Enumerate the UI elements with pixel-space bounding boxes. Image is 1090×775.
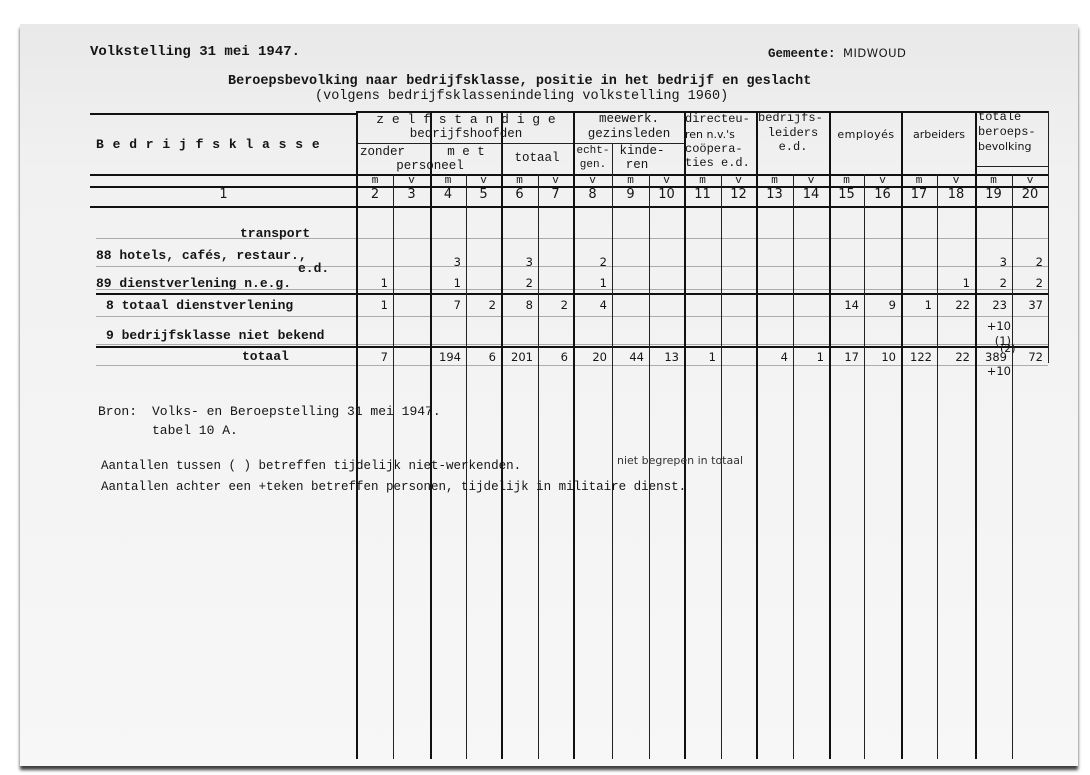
row-label-88-cont: e.d. [298,261,329,276]
row-guide-line [96,316,1048,317]
table-cell: 2 [1012,255,1043,269]
sex-label: m [756,175,793,187]
sex-label: v [573,175,612,187]
sex-label: v [649,175,684,187]
table-cell: 1 [357,276,388,290]
row-guide-line [96,266,1048,267]
col-divider [937,174,938,759]
header-personeel: personeel [360,160,500,173]
note-nonworking: Aantallen tussen ( ) betreffen tijdelijk… [101,459,521,473]
header-met: m e t [432,146,500,159]
col-divider [756,111,758,759]
col19-totaal-note: (2) [1000,342,1032,355]
header-gezinsleden: gezinsleden [575,128,683,141]
header-echtgen-2: gen. [574,159,612,172]
column-number: 17 [901,187,937,202]
sex-label: m [357,175,393,187]
table-cell: 1 [573,276,607,290]
col-divider [684,111,686,759]
rule-subtotal [96,293,1048,295]
table-cell: 23 [975,298,1007,312]
column-number: 14 [793,187,829,202]
header-bedrijfsleiders-2: leiders [758,127,828,140]
header-directeuren-2: ren n.v.'s [685,128,757,141]
header-directeuren-1: directeu- [685,113,757,126]
sex-label: v [793,175,829,187]
header-bedrijfsleiders-3: e.d. [758,141,828,154]
column-number: 6 [501,187,538,202]
table-cell: 17 [829,350,859,364]
table-cell: 1 [793,350,824,364]
table-cell: 1 [901,298,932,312]
col-divider [864,174,865,759]
column-number: 15 [829,187,864,202]
municipality-value: MIDWOUD [843,46,906,60]
col-divider [793,174,794,759]
table-cell: 20 [573,350,607,364]
source-line-2: tabel 10 A. [152,423,238,438]
col-divider [901,111,903,759]
note-military: Aantallen achter een +teken betreffen pe… [101,480,686,494]
sex-label: v [864,175,901,187]
table-cell: 2 [538,298,568,312]
col19-totaal-military: +10 [979,364,1011,378]
table-cell: 1 [684,350,716,364]
table-cell: 194 [430,350,461,364]
col-divider [501,111,503,759]
table-cell: 2 [501,276,533,290]
column-number: 12 [721,187,756,202]
header-totale-3: bevolking [978,140,1050,153]
header-bedrijfshoofden: bedrijfshoofden [360,128,572,141]
column-number: 3 [393,187,430,202]
row-label-totaal: totaal [242,349,289,364]
table-cell: 2 [466,298,496,312]
table-cell: 14 [829,298,859,312]
sex-label: v [721,175,756,187]
row-guide-line [96,365,1048,366]
table-cell: 1 [430,276,461,290]
note-nonworking-handwritten: niet begrepen in totaal [617,454,743,467]
table-cell: 3 [501,255,533,269]
source-label: Bron: [98,404,137,419]
table-cell: 37 [1012,298,1043,312]
table-cell: 122 [901,350,932,364]
sex-label: m [829,175,864,187]
census-title: Volkstelling 31 mei 1947. [90,44,300,60]
source-line-1: Volks- en Beroepstelling 31 mei 1947. [152,404,441,419]
row-guide-line [96,238,1048,239]
col-divider [573,111,575,759]
rule-total [96,346,1048,348]
row-guide-line [96,344,1048,345]
table-cell: 7 [357,350,388,364]
rule-totale-sub [975,166,1048,167]
table-cell: 44 [612,350,644,364]
column-number: 2 [357,187,393,202]
main-title: Beroepsbevolking naar bedrijfsklasse, po… [228,74,811,89]
table-cell: 6 [466,350,496,364]
col-divider [430,111,432,759]
column-number: 1 [90,187,357,202]
column-number: 5 [466,187,501,202]
header-arbeiders: arbeiders [902,128,976,141]
sex-label: m [901,175,937,187]
col-divider [612,174,613,759]
municipality-label: Gemeente: [768,47,836,61]
table-cell: 9 [864,298,896,312]
header-bedrijfsleiders-1: bedrijfs- [758,112,828,125]
sex-label: m [501,175,538,187]
header-zelfstandige: z e l f s t a n d i g e [360,113,572,126]
column-number: 11 [684,187,721,202]
col-divider [829,111,831,759]
sex-label: v [538,175,573,187]
col19-row8-military: +10 [979,319,1011,333]
header-meewerk: meewerk. [575,113,683,126]
column-number: 8 [573,187,612,202]
row-label-transport: transport [240,226,310,241]
header-kinderen-1: kinde- [612,145,672,158]
header-employes: employés [830,128,902,141]
column-number: 19 [975,187,1012,202]
sex-label: v [1012,175,1048,187]
sex-label: m [684,175,721,187]
column-number: 20 [1012,187,1048,202]
table-cell: 2 [1012,276,1043,290]
rule-top-left [90,113,357,115]
column-number: 10 [649,187,684,202]
column-number: 4 [430,187,466,202]
table-cell: 13 [649,350,679,364]
sex-label: v [466,175,501,187]
table-cell: 2 [573,255,607,269]
column-number: 9 [612,187,649,202]
sub-title: (volgens bedrijfsklassenindeling volkste… [315,89,728,104]
col-divider [538,174,539,759]
header-echtgen-1: echt- [574,145,612,158]
col-divider [975,111,977,759]
table-cell: 22 [937,298,970,312]
table-cell: 22 [937,350,970,364]
column-number: 13 [756,187,793,202]
table-cell: 201 [501,350,533,364]
header-directeuren-4: ties e.d. [685,157,757,170]
column-number: 16 [864,187,901,202]
header-totale-1: totale [978,111,1048,124]
header-totale-2: beroeps- [978,126,1050,139]
sex-label: m [612,175,649,187]
table-cell: 4 [756,350,788,364]
table-cell: 1 [937,276,970,290]
rule-colnum-bottom [90,206,1048,208]
sex-label: m [975,175,1012,187]
table-cell: 2 [975,276,1007,290]
header-zonder: zonder [360,146,420,159]
header-totaal-zelfstandig: totaal [502,152,572,165]
table-cell: 3 [430,255,461,269]
table-cell: 8 [501,298,533,312]
row-label-8-totaal: 8 totaal dienstverlening [106,298,293,313]
header-directeuren-3: coöpera- [685,143,757,156]
row-label-9: 9 bedrijfsklasse niet bekend [106,328,324,343]
rule-zelfst-sub [357,143,573,144]
table-cell: 6 [538,350,568,364]
header-bedrijfsklasse: B e d r i j f s k l a s s e [96,138,320,151]
municipality: Gemeente: MIDWOUD [768,46,906,61]
column-number: 7 [538,187,573,202]
sex-label: v [393,175,430,187]
table-cell: 3 [975,255,1007,269]
sex-label: v [937,175,975,187]
row-label-88: 88 hotels, cafés, restaur., [96,248,307,263]
table-cell: 10 [864,350,896,364]
table-cell: 7 [430,298,461,312]
sex-label: m [430,175,466,187]
row-label-89: 89 dienstverlening n.e.g. [96,276,291,291]
table-cell: 1 [357,298,388,312]
header-kinderen-2: ren [612,159,662,172]
table-cell: 4 [573,298,607,312]
column-number: 18 [937,187,975,202]
col-divider-main [356,111,358,759]
